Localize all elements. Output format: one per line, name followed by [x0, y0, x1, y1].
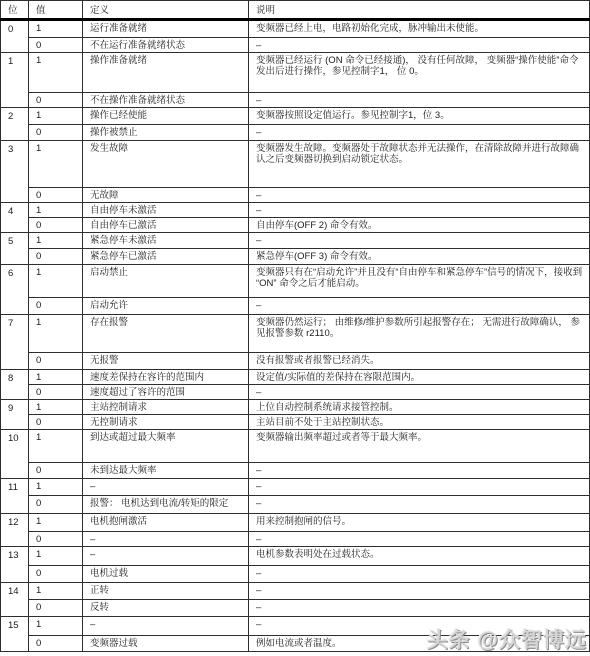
bit-number-cell: 10: [1, 430, 29, 479]
value-cell: 0: [29, 463, 83, 479]
description-cell: –: [249, 93, 590, 108]
value-cell: 0: [29, 636, 83, 652]
header-description: 说明: [249, 1, 590, 20]
table-row: 0 自由停车已激活 自由停车(OFF 2) 命令有效。: [1, 218, 590, 233]
description-cell: 自由停车(OFF 2) 命令有效。: [249, 218, 590, 233]
bit-group: 14 1 正转 – 0 反转 –: [1, 583, 590, 617]
bit-number-cell: 12: [1, 514, 29, 547]
value-cell: 1: [29, 233, 83, 249]
description-cell: –: [249, 233, 590, 249]
bit-group: 3 1 发生故障 变频器发生故障。变频器处于故障状态并无法操作，在清除故障并进行…: [1, 141, 590, 203]
bit-number-cell: 7: [1, 315, 29, 370]
table-row: 10 1 到达或超过最大频率 变频器输出频率超过或者等于最大频率。: [1, 430, 590, 463]
table-row: 4 1 自由停车未激活 –: [1, 203, 590, 218]
table-header: 位 值 定义 说明: [1, 1, 590, 20]
header-row: 位 值 定义 说明: [1, 1, 590, 20]
definition-cell: 报警： 电机达到电流/转矩的限定: [83, 496, 249, 514]
description-cell: 变频器发生故障。变频器处于故障状态并无法操作，在清除故障并进行故障确认之后变频器…: [249, 141, 590, 188]
definition-cell: –: [83, 617, 249, 636]
bit-group: 8 1 速度差保持在容许的范围内 设定值/实际值的差保持在容限范围内。 0 速度…: [1, 370, 590, 400]
value-cell: 1: [29, 315, 83, 353]
bit-group: 6 1 启动禁止 变频器只有在“启动允许”并且没有“自由停车和紧急停车”信号的情…: [1, 265, 590, 315]
value-cell: 1: [29, 514, 83, 532]
bit-number-cell: 8: [1, 370, 29, 400]
bit-number-cell: 3: [1, 141, 29, 203]
table-row: 2 1 操作已经使能 变频器按照设定值运行。参见控制字1，位 3。: [1, 108, 590, 125]
table-row: 14 1 正转 –: [1, 583, 590, 600]
table-row: 1 1 操作准备就绪 变频器已经运行 (ON 命令已经接通)， 没有任何故障， …: [1, 53, 590, 93]
table-row: 0 速度超过了容许的范围 –: [1, 385, 590, 400]
table-row: 9 1 主站控制请求 上位自动控制系统请求接管控制。: [1, 400, 590, 415]
table-row: 3 1 发生故障 变频器发生故障。变频器处于故障状态并无法操作，在清除故障并进行…: [1, 141, 590, 188]
bit-group: 12 1 电机抱闸激活 用来控制抱闸的信号。 0 – –: [1, 514, 590, 547]
bit-number-cell: 6: [1, 265, 29, 315]
table-row: 0 紧急停车已激活 紧急停车(OFF 3) 命令有效。: [1, 249, 590, 265]
bit-group: 9 1 主站控制请求 上位自动控制系统请求接管控制。 0 无控制请求 主站目前不…: [1, 400, 590, 430]
description-cell: 紧急停车(OFF 3) 命令有效。: [249, 249, 590, 265]
description-cell: –: [249, 385, 590, 400]
value-cell: 0: [29, 353, 83, 370]
bit-number-cell: 0: [1, 20, 29, 53]
bit-number-cell: 1: [1, 53, 29, 108]
description-cell: 变频器已经上电，电路初始化完成，脉冲输出未使能。: [249, 20, 590, 38]
value-cell: 0: [29, 93, 83, 108]
table-row: 5 1 紧急停车未激活 –: [1, 233, 590, 249]
value-cell: 0: [29, 218, 83, 233]
definition-cell: 紧急停车未激活: [83, 233, 249, 249]
table-row: 0 无控制请求 主站目前不处于主站控制状态。: [1, 415, 590, 430]
value-cell: 0: [29, 298, 83, 315]
definition-cell: –: [83, 532, 249, 547]
definition-cell: 不在操作准备就绪状态: [83, 93, 249, 108]
value-cell: 1: [29, 479, 83, 496]
description-cell: 变频器只有在“启动允许”并且没有“自由停车和紧急停车”信号的情况下，接收到 “O…: [249, 265, 590, 298]
description-cell: 变频器按照设定值运行。参见控制字1，位 3。: [249, 108, 590, 125]
table-row: 0 无故障 –: [1, 188, 590, 203]
definition-cell: –: [83, 479, 249, 496]
definition-cell: 存在报警: [83, 315, 249, 353]
value-cell: 0: [29, 188, 83, 203]
definition-cell: 自由停车未激活: [83, 203, 249, 218]
definition-cell: 发生故障: [83, 141, 249, 188]
description-cell: –: [249, 600, 590, 617]
definition-cell: 运行准备就绪: [83, 20, 249, 38]
table-row: 0 变频器过载 例如电流或者温度。: [1, 636, 590, 652]
status-bits-table: 位 值 定义 说明 0 1 运行准备就绪 变频器已经上电，电路初始化完成，脉冲输…: [0, 0, 590, 652]
bit-number-cell: 5: [1, 233, 29, 265]
value-cell: 0: [29, 600, 83, 617]
description-cell: –: [249, 496, 590, 514]
definition-cell: 无报警: [83, 353, 249, 370]
table-row: 0 无报警 没有报警或者报警已经消失。: [1, 353, 590, 370]
description-cell: –: [249, 583, 590, 600]
description-cell: 例如电流或者温度。: [249, 636, 590, 652]
value-cell: 1: [29, 583, 83, 600]
bit-group: 4 1 自由停车未激活 – 0 自由停车已激活 自由停车(OFF 2) 命令有效…: [1, 203, 590, 233]
bit-number-cell: 11: [1, 479, 29, 514]
definition-cell: 反转: [83, 600, 249, 617]
table-row: 0 电机过载 –: [1, 566, 590, 583]
value-cell: 1: [29, 108, 83, 125]
description-cell: 变频器输出频率超过或者等于最大频率。: [249, 430, 590, 463]
table-row: 8 1 速度差保持在容许的范围内 设定值/实际值的差保持在容限范围内。: [1, 370, 590, 385]
definition-cell: 紧急停车已激活: [83, 249, 249, 265]
description-cell: 变频器仍然运行； 由维修/维护参数所引起报警存在； 无需进行故障确认， 参见报警…: [249, 315, 590, 353]
description-cell: 电机参数表明处在过载状态。: [249, 547, 590, 566]
value-cell: 1: [29, 547, 83, 566]
value-cell: 1: [29, 20, 83, 38]
definition-cell: 变频器过载: [83, 636, 249, 652]
bit-number-cell: 15: [1, 617, 29, 652]
definition-cell: 速度差保持在容许的范围内: [83, 370, 249, 385]
value-cell: 1: [29, 53, 83, 93]
description-cell: 没有报警或者报警已经消失。: [249, 353, 590, 370]
table-row: 0 不在运行准备就绪状态 –: [1, 38, 590, 53]
table-row: 11 1 – –: [1, 479, 590, 496]
description-cell: –: [249, 617, 590, 636]
definition-cell: –: [83, 547, 249, 566]
bit-group: 1 1 操作准备就绪 变频器已经运行 (ON 命令已经接通)， 没有任何故障， …: [1, 53, 590, 108]
definition-cell: 自由停车已激活: [83, 218, 249, 233]
definition-cell: 电机抱闸激活: [83, 514, 249, 532]
value-cell: 0: [29, 566, 83, 583]
description-cell: 主站目前不处于主站控制状态。: [249, 415, 590, 430]
value-cell: 0: [29, 38, 83, 53]
description-cell: –: [249, 203, 590, 218]
description-cell: 变频器已经运行 (ON 命令已经接通)， 没有任何故障， 变频器“操作使能”命令…: [249, 53, 590, 93]
table-row: 0 – –: [1, 532, 590, 547]
bit-number-cell: 13: [1, 547, 29, 583]
bit-group: 13 1 – 电机参数表明处在过载状态。 0 电机过载 –: [1, 547, 590, 583]
description-cell: –: [249, 38, 590, 53]
description-cell: –: [249, 125, 590, 141]
definition-cell: 启动允许: [83, 298, 249, 315]
definition-cell: 操作被禁止: [83, 125, 249, 141]
description-cell: 上位自动控制系统请求接管控制。: [249, 400, 590, 415]
definition-cell: 速度超过了容许的范围: [83, 385, 249, 400]
value-cell: 1: [29, 617, 83, 636]
definition-cell: 主站控制请求: [83, 400, 249, 415]
table-row: 0 启动允许 –: [1, 298, 590, 315]
definition-cell: 启动禁止: [83, 265, 249, 298]
definition-cell: 不在运行准备就绪状态: [83, 38, 249, 53]
definition-cell: 正转: [83, 583, 249, 600]
table-row: 7 1 存在报警 变频器仍然运行； 由维修/维护参数所引起报警存在； 无需进行故…: [1, 315, 590, 353]
definition-cell: 无控制请求: [83, 415, 249, 430]
definition-cell: 无故障: [83, 188, 249, 203]
description-cell: 用来控制抱闸的信号。: [249, 514, 590, 532]
description-cell: –: [249, 479, 590, 496]
header-bit: 位: [1, 1, 29, 20]
value-cell: 0: [29, 415, 83, 430]
table-row: 0 操作被禁止 –: [1, 125, 590, 141]
value-cell: 0: [29, 385, 83, 400]
value-cell: 0: [29, 249, 83, 265]
bit-number-cell: 9: [1, 400, 29, 430]
table-row: 0 未到达最大频率 –: [1, 463, 590, 479]
table-row: 13 1 – 电机参数表明处在过载状态。: [1, 547, 590, 566]
table-row: 15 1 – –: [1, 617, 590, 636]
bit-number-cell: 14: [1, 583, 29, 617]
definition-cell: 未到达最大频率: [83, 463, 249, 479]
value-cell: 1: [29, 141, 83, 188]
header-value: 值: [29, 1, 83, 20]
table-row: 12 1 电机抱闸激活 用来控制抱闸的信号。: [1, 514, 590, 532]
bit-group: 10 1 到达或超过最大频率 变频器输出频率超过或者等于最大频率。 0 未到达最…: [1, 430, 590, 479]
value-cell: 1: [29, 265, 83, 298]
value-cell: 1: [29, 370, 83, 385]
bit-group: 2 1 操作已经使能 变频器按照设定值运行。参见控制字1，位 3。 0 操作被禁…: [1, 108, 590, 141]
bit-group: 11 1 – – 0 报警： 电机达到电流/转矩的限定 –: [1, 479, 590, 514]
value-cell: 1: [29, 203, 83, 218]
bit-number-cell: 4: [1, 203, 29, 233]
definition-cell: 电机过载: [83, 566, 249, 583]
table-row: 0 1 运行准备就绪 变频器已经上电，电路初始化完成，脉冲输出未使能。: [1, 20, 590, 38]
description-cell: –: [249, 188, 590, 203]
bit-number-cell: 2: [1, 108, 29, 141]
description-cell: –: [249, 463, 590, 479]
definition-cell: 到达或超过最大频率: [83, 430, 249, 463]
bit-group: 0 1 运行准备就绪 变频器已经上电，电路初始化完成，脉冲输出未使能。 0 不在…: [1, 20, 590, 53]
bit-group: 5 1 紧急停车未激活 – 0 紧急停车已激活 紧急停车(OFF 3) 命令有效…: [1, 233, 590, 265]
value-cell: 0: [29, 532, 83, 547]
definition-cell: 操作准备就绪: [83, 53, 249, 93]
bit-group: 15 1 – – 0 变频器过载 例如电流或者温度。: [1, 617, 590, 652]
value-cell: 0: [29, 125, 83, 141]
bit-group: 7 1 存在报警 变频器仍然运行； 由维修/维护参数所引起报警存在； 无需进行故…: [1, 315, 590, 370]
value-cell: 1: [29, 430, 83, 463]
header-definition: 定义: [83, 1, 249, 20]
description-cell: 设定值/实际值的差保持在容限范围内。: [249, 370, 590, 385]
table-row: 0 反转 –: [1, 600, 590, 617]
table-row: 0 不在操作准备就绪状态 –: [1, 93, 590, 108]
description-cell: –: [249, 532, 590, 547]
value-cell: 0: [29, 496, 83, 514]
description-cell: –: [249, 298, 590, 315]
definition-cell: 操作已经使能: [83, 108, 249, 125]
value-cell: 1: [29, 400, 83, 415]
table-row: 0 报警： 电机达到电流/转矩的限定 –: [1, 496, 590, 514]
table-row: 6 1 启动禁止 变频器只有在“启动允许”并且没有“自由停车和紧急停车”信号的情…: [1, 265, 590, 298]
description-cell: –: [249, 566, 590, 583]
